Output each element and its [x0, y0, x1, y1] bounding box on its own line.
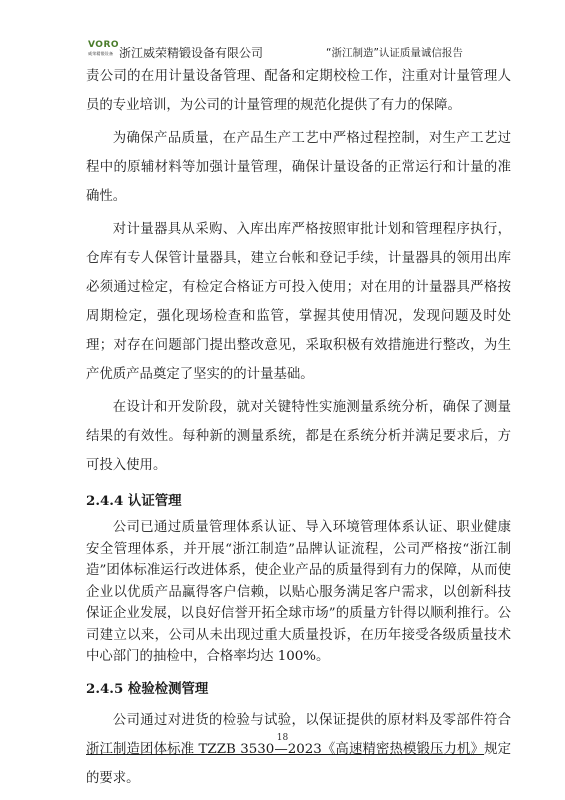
paragraph-quality-control: 为确保产品质量，在产品生产工艺中严格过程控制，对生产工艺过程中的原辅材料等加强计…: [86, 124, 511, 211]
paragraph-instrument-management: 对计量器具从采购、入库出库严格按照审批计划和管理程序执行，仓库有专人保管计量器具…: [86, 215, 511, 389]
logo-wordmark: VORO: [88, 41, 119, 50]
page-number: 18: [0, 733, 565, 743]
paragraph-inspection: 公司通过对进货的检验与试验，以保证提供的原材料及零部件符合浙江制造团体标准 TZ…: [86, 706, 511, 793]
company-name: 浙江威荣精锻设备有限公司: [119, 44, 263, 61]
page-header: VORO 威荣精锻设备 浙江威荣精锻设备有限公司 “浙江制造”认证质量诚信报告: [86, 41, 506, 61]
document-body: 责公司的在用计量设备管理、配备和定期校检工作，注重对计量管理人员的专业培训，为公…: [86, 62, 511, 793]
paragraph-certification: 公司已通过质量管理体系认证、导入环境管理体系认证、职业健康安全管理体系，并开展“…: [86, 517, 511, 668]
standard-reference: 浙江制造团体标准 TZZB 3530—2023《高速精密热模锻压力机》: [86, 742, 484, 757]
paragraph-metering-duties: 责公司的在用计量设备管理、配备和定期校检工作，注重对计量管理人员的专业培训，为公…: [86, 62, 511, 120]
logo-subtext: 威荣精锻设备: [88, 51, 113, 56]
company-logo: VORO 威荣精锻设备: [86, 41, 118, 59]
section-heading-certification: 2.4.4 认证管理: [86, 490, 511, 512]
report-title: “浙江制造”认证质量诚信报告: [326, 45, 463, 60]
paragraph-measurement-analysis: 在设计和开发阶段，就对关键特性实施测量系统分析，确保了测量结果的有效性。每种新的…: [86, 393, 511, 480]
inspection-text-pre: 公司通过对进货的检验与试验，以保证提供的原材料及零部件符合: [113, 713, 511, 728]
section-heading-inspection: 2.4.5 检验检测管理: [86, 678, 511, 700]
